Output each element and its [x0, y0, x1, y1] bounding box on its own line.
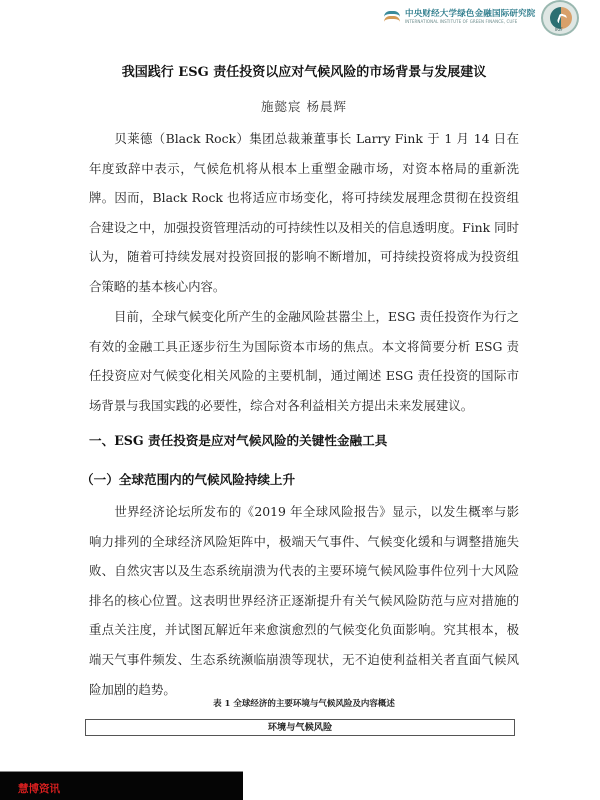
institute-name-en: INTERNATIONAL INSTITUTE OF GREEN FINANCE…	[405, 20, 536, 24]
institute-logo-icon	[384, 11, 400, 23]
institute-name-cn: 中央财经大学绿色金融国际研究院	[405, 10, 536, 19]
institute-logo: 中央财经大学绿色金融国际研究院 INTERNATIONAL INSTITUTE …	[384, 6, 536, 28]
paragraph-2-text: 目前，全球气候变化所产生的金融风险甚嚣尘上，ESG 责任投资作为行之有效的金融工…	[89, 309, 519, 413]
paragraph-1: 贝莱德（Black Rock）集团总裁兼董事长 Larry Fink 于 1 月…	[89, 124, 519, 302]
paragraph-2: 目前，全球气候变化所产生的金融风险甚嚣尘上，ESG 责任投资作为行之有效的金融工…	[89, 302, 519, 420]
paragraph-3-text: 世界经济论坛所发布的《2019 年全球风险报告》显示，以发生概率与影响力排列的全…	[89, 504, 519, 697]
subsection-heading-1: （一）全球范围内的气候风险持续上升	[81, 469, 295, 488]
seal-label: IIGF	[555, 27, 563, 32]
document-title: 我国践行 ESG 责任投资以应对气候风险的市场背景与发展建议	[89, 61, 519, 80]
institute-seal-icon: IIGF	[541, 0, 579, 36]
paragraph-3: 世界经济论坛所发布的《2019 年全球风险报告》显示，以发生概率与影响力排列的全…	[89, 497, 519, 704]
paragraph-1-text: 贝莱德（Black Rock）集团总裁兼董事长 Larry Fink 于 1 月…	[89, 131, 519, 294]
section-heading-1: 一、ESG 责任投资是应对气候风险的关键性金融工具	[89, 430, 387, 449]
table-caption: 表 1 全球经济的主要环境与气候风险及内容概述	[89, 697, 519, 709]
table-header-cell: 环境与气候风险	[85, 719, 515, 736]
watermark-text: 慧博资讯	[18, 781, 60, 796]
watermark-bar: 慧博资讯	[0, 771, 243, 800]
document-authors: 施懿宸 杨晨辉	[89, 97, 519, 115]
